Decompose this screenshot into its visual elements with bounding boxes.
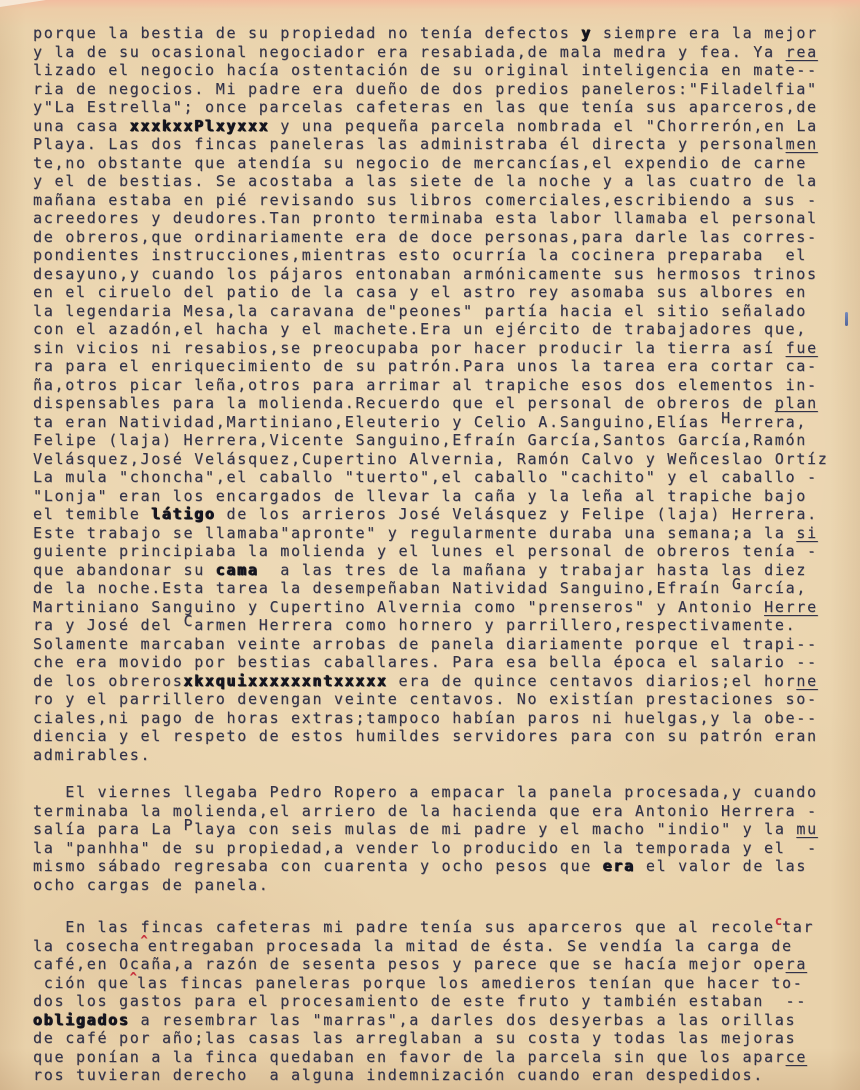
text-line: Felipe (laja) Herrera,Vicente Sanguino,E… [33, 431, 839, 450]
text-segment: fue [786, 339, 818, 357]
text-line: ria de negocios. Mi padre era dueño de d… [33, 80, 839, 99]
text-segment: ción que [33, 974, 130, 992]
text-segment: La mula "choncha",el caballo "tuerto",el… [33, 468, 818, 486]
text-segment: y la de su ocasional negociador era resa… [33, 43, 786, 61]
text-segment: látigo [151, 505, 216, 523]
text-line: y"La Estrella"; once parcelas cafeteras … [33, 98, 839, 117]
text-segment: armen Herrera como hornero y parrillero,… [194, 616, 796, 634]
text-segment: ciales,ni pago de horas extras;tampoco h… [33, 709, 818, 727]
text-segment: admirables. [33, 746, 151, 764]
text-segment: que abandonar su [33, 561, 216, 579]
text-segment: ros tuvieran derecho a alguna indemnizac… [33, 1066, 764, 1084]
text-segment: la "panhha" de su propiedad,a vender lo … [33, 839, 818, 857]
text-line: la "panhha" de su propiedad,a vender lo … [33, 839, 839, 858]
text-segment: men [786, 135, 818, 153]
text-line: ra y José del Carmen Herrera como horner… [33, 616, 839, 635]
text-segment: Velásquez,José Velásquez,Cupertino Alver… [33, 450, 829, 468]
text-segment: lizado el negocio hacía ostentación de s… [33, 61, 818, 79]
text-segment: ña,otros picar leña,otros para arrimar a… [33, 376, 818, 394]
text-line: de obreros,que ordinariamente era de doc… [33, 228, 839, 247]
text-segment: ra y José del [33, 616, 184, 634]
text-segment: rea [786, 43, 818, 61]
text-segment: de los arrieros José Velásquez y Felipe … [216, 505, 818, 523]
text-segment: tar [782, 918, 814, 936]
text-segment: cama [216, 561, 259, 579]
text-line: ción que^las fincas paneleras porque los… [33, 974, 839, 993]
text-segment: arcía, [743, 579, 808, 597]
text-line: sin vicios ni resabios,se preocupaba por… [33, 339, 839, 358]
text-segment: laya con seis mulas de mi padre y el mac… [194, 820, 796, 838]
text-segment: y [581, 24, 592, 42]
text-line: terminaba la molienda,el arriero de la h… [33, 802, 839, 821]
text-segment: Herre [764, 598, 818, 616]
text-segment: entregaban procesada la mitad de ésta. S… [148, 937, 793, 955]
text-segment: desayuno,y cuando los pájaros entonaban … [33, 265, 818, 283]
text-line: de café por año;las casas las arreglaban… [33, 1029, 839, 1048]
text-line: de la noche.Esta tarea la desempeñaban N… [33, 579, 839, 598]
text-segment: guiente principiaba la molienda y el lun… [33, 542, 818, 560]
text-segment: siempre era la mejor [592, 24, 818, 42]
text-segment: Solamente marcaban veinte arrobas de pan… [33, 635, 818, 653]
text-segment: café,en Ocaña,a razón de sesenta pesos y… [33, 955, 786, 973]
text-segment: con el azadón,el hacha y el machete.Era … [33, 320, 807, 338]
paragraph: El viernes llegaba Pedro Ropero a empaca… [33, 783, 839, 894]
text-line: dispensables para la molienda.Recuerdo q… [33, 394, 839, 413]
text-segment: sin vicios ni resabios,se preocupaba por… [33, 339, 786, 357]
red-correction-mark: ^ [141, 933, 148, 947]
text-segment: era de quince centavos diarios;el hor [388, 672, 797, 690]
typewriter-page: porque la bestia de su propiedad no tení… [0, 0, 860, 1090]
text-line: La mula "choncha",el caballo "tuerto",el… [33, 468, 839, 487]
paragraph: En las fincas cafeteras mi padre tenía s… [33, 918, 839, 1085]
text-line: la cosecha^entregaban procesada la mitad… [33, 937, 839, 956]
text-line: café,en Ocaña,a razón de sesenta pesos y… [33, 955, 839, 974]
text-segment: de café por año;las casas las arreglaban… [33, 1029, 796, 1047]
text-segment: terminaba la molienda,el arriero de la h… [33, 802, 818, 820]
text-segment: y el de bestias. Se acostaba a las siete… [33, 172, 818, 190]
text-line: "Lonja" eran los encargados de llevar la… [33, 487, 839, 506]
text-segment: una casa [33, 117, 130, 135]
text-line: Martiniano Sanguino y Cupertino Alvernia… [33, 598, 839, 617]
text-line: mañana estaba en pié revisando sus libro… [33, 191, 839, 210]
text-line: en el ciruelo del patio de la casa y el … [33, 283, 839, 302]
text-line: Velásquez,José Velásquez,Cupertino Alver… [33, 450, 839, 469]
text-segment: te,no obstante que atendía su negocio de… [33, 154, 807, 172]
text-line: ro y el parrillero devengan veinte centa… [33, 690, 839, 709]
text-line: Solamente marcaban veinte arrobas de pan… [33, 635, 839, 654]
text-line: y la de su ocasional negociador era resa… [33, 43, 839, 62]
text-segment: el temible [33, 505, 151, 523]
text-segment: ra [786, 955, 808, 973]
text-line: Este trabajo se llamaba"apronte" y regul… [33, 524, 839, 543]
text-line: desayuno,y cuando los pájaros entonaban … [33, 265, 839, 284]
text-segment: che era movido por bestias caballares. P… [33, 653, 818, 671]
text-segment: que ponían a la finca quedaban en favor … [33, 1048, 786, 1066]
text-line: En las fincas cafeteras mi padre tenía s… [33, 918, 839, 937]
text-segment: Playa. Las dos fincas paneleras las admi… [33, 135, 786, 153]
text-segment: H [721, 409, 732, 427]
text-segment: ne [796, 672, 818, 690]
text-line: che era movido por bestias caballares. P… [33, 653, 839, 672]
text-line: dos los gastos para el procesamiento de … [33, 992, 839, 1011]
text-segment: xkxquixxxxxxntxxxxx [184, 672, 388, 690]
text-segment: ocho cargas de panela. [33, 876, 270, 894]
text-segment: en el ciruelo del patio de la casa y el … [33, 283, 807, 301]
text-line: obligados a resembrar las "marras",a dar… [33, 1011, 839, 1030]
text-line: que ponían a la finca quedaban en favor … [33, 1048, 839, 1067]
text-segment: dos los gastos para el procesamiento de … [33, 992, 807, 1010]
text-segment: pondientes instrucciones,mientras esto o… [33, 246, 807, 264]
red-correction-mark: c [775, 914, 782, 928]
text-line: acreedores y deudores.Tan pronto termina… [33, 209, 839, 228]
typewritten-text: porque la bestia de su propiedad no tení… [33, 24, 839, 1085]
text-line: te,no obstante que atendía su negocio de… [33, 154, 839, 173]
text-line: ocho cargas de panela. [33, 876, 839, 895]
text-segment: acreedores y deudores.Tan pronto termina… [33, 209, 818, 227]
text-segment: Felipe (laja) Herrera,Vicente Sanguino,E… [33, 431, 807, 449]
text-segment: era [603, 857, 635, 875]
text-line: ciales,ni pago de horas extras;tampoco h… [33, 709, 839, 728]
text-segment: Martiniano Sanguino y Cupertino Alvernia… [33, 598, 764, 616]
text-segment: y"La Estrella"; once parcelas cafeteras … [33, 98, 818, 116]
text-line: Playa. Las dos fincas paneleras las admi… [33, 135, 839, 154]
text-segment: mu [796, 820, 818, 838]
text-line: salía para La Playa con seis mulas de mi… [33, 820, 839, 839]
text-line: la legendaria Mesa,la caravana de"peones… [33, 302, 839, 321]
text-segment: la cosecha [33, 937, 141, 955]
text-line: ña,otros picar leña,otros para arrimar a… [33, 376, 839, 395]
red-correction-mark: ^ [130, 970, 137, 984]
text-line: ros tuvieran derecho a alguna indemnizac… [33, 1066, 839, 1085]
text-segment: Este trabajo se llamaba"apronte" y regul… [33, 524, 796, 542]
text-line: el temible látigo de los arrieros José V… [33, 505, 839, 524]
text-segment: P [184, 816, 195, 834]
text-segment: ro y el parrillero devengan veinte centa… [33, 690, 818, 708]
paragraph: porque la bestia de su propiedad no tení… [33, 24, 839, 764]
text-segment: la legendaria Mesa,la caravana de"peones… [33, 302, 807, 320]
text-line: una casa xxxkxxPlxyxxx y una pequeña par… [33, 117, 839, 136]
text-line: El viernes llegaba Pedro Ropero a empaca… [33, 783, 839, 802]
text-line: pondientes instrucciones,mientras esto o… [33, 246, 839, 265]
text-line: diencia y el respeto de estos humildes s… [33, 727, 839, 746]
text-segment: de los obreros [33, 672, 184, 690]
text-segment: mismo sábado regresaba con cuarenta y oc… [33, 857, 603, 875]
ink-speck [845, 312, 848, 326]
text-segment: ta eran Natividad,Martiniano,Eleuterio y… [33, 413, 721, 431]
text-segment: plan [775, 394, 818, 412]
text-line: guiente principiaba la molienda y el lun… [33, 542, 839, 561]
text-line: porque la bestia de su propiedad no tení… [33, 24, 839, 43]
text-line: de los obrerosxkxquixxxxxxntxxxxx era de… [33, 672, 839, 691]
text-line: y el de bestias. Se acostaba a las siete… [33, 172, 839, 191]
text-segment: mañana estaba en pié revisando sus libro… [33, 191, 818, 209]
text-segment: diencia y el respeto de estos humildes s… [33, 727, 818, 745]
text-segment: ria de negocios. Mi padre era dueño de d… [33, 80, 818, 98]
text-line: lizado el negocio hacía ostentación de s… [33, 61, 839, 80]
text-line: que abandonar su cama a las tres de la m… [33, 561, 839, 580]
paper-corner-highlight [0, 0, 46, 7]
text-line: mismo sábado regresaba con cuarenta y oc… [33, 857, 839, 876]
text-segment: de la noche.Esta tarea la desempeñaban N… [33, 579, 732, 597]
text-segment: "Lonja" eran los encargados de llevar la… [33, 487, 807, 505]
text-segment: G [732, 575, 743, 593]
text-segment: dispensables para la molienda.Recuerdo q… [33, 394, 775, 412]
text-line: con el azadón,el hacha y el machete.Era … [33, 320, 839, 339]
text-segment: El viernes llegaba Pedro Ropero a empaca… [33, 783, 818, 801]
text-segment: ce [786, 1048, 808, 1066]
text-line: admirables. [33, 746, 839, 765]
text-segment: errera, [732, 413, 807, 431]
text-segment: de obreros,que ordinariamente era de doc… [33, 228, 818, 246]
text-segment: a las tres de la mañana y trabajar hasta… [259, 561, 807, 579]
text-segment: si [796, 524, 818, 542]
text-line: ra para el enriquecimiento de su patrón.… [33, 357, 839, 376]
text-segment: ra para el enriquecimiento de su patrón.… [33, 357, 818, 375]
text-segment: las fincas paneleras porque los amediero… [137, 974, 804, 992]
text-segment: salía para La [33, 820, 184, 838]
text-segment: C [184, 612, 195, 630]
text-segment: y una pequeña parcela nombrada el "Chorr… [270, 117, 818, 135]
text-segment: el valor de las [635, 857, 807, 875]
text-segment: a resembrar las "marras",a darles dos de… [130, 1011, 797, 1029]
text-segment: porque la bestia de su propiedad no tení… [33, 24, 581, 42]
text-segment: xxxkxxPlxyxxx [130, 117, 270, 135]
text-segment: obligados [33, 1011, 130, 1029]
text-line: ta eran Natividad,Martiniano,Eleuterio y… [33, 413, 839, 432]
